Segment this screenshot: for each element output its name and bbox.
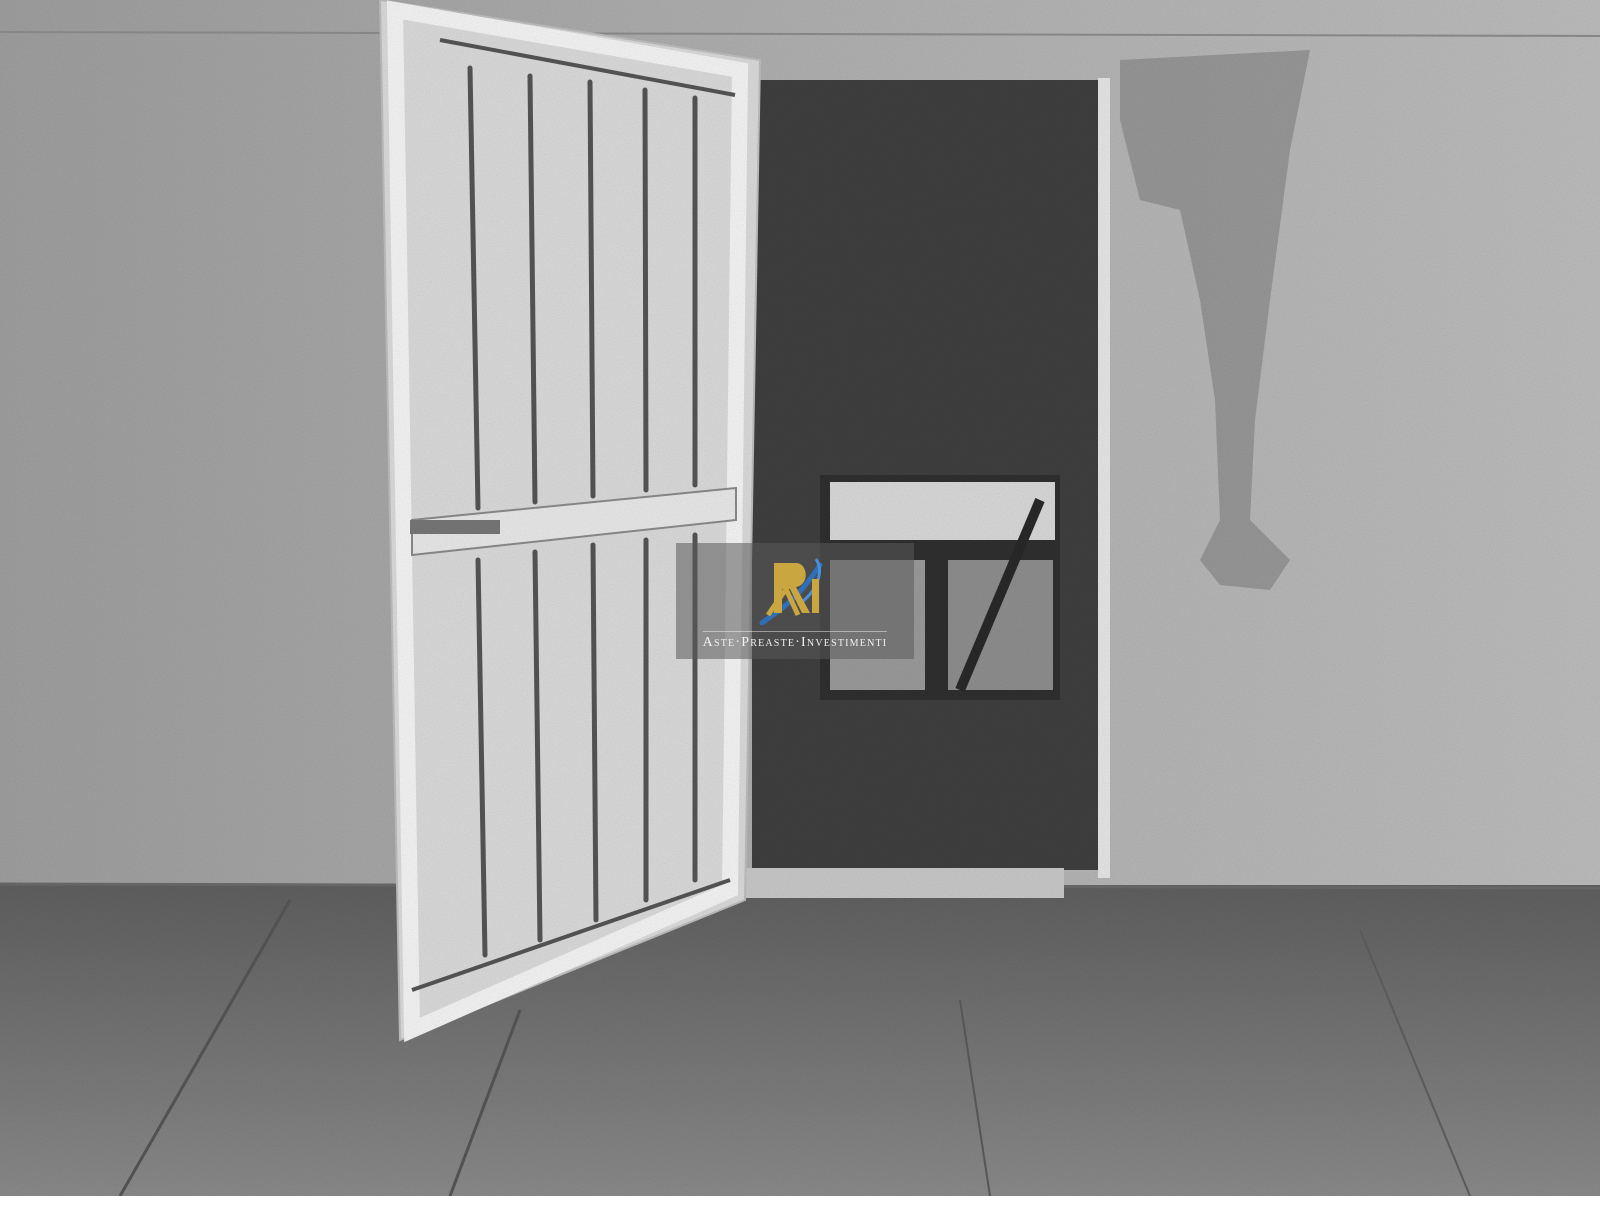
door-latch: [410, 520, 500, 534]
ri-logo-icon: [754, 555, 826, 625]
watermark-text: Aste·Preaste·Investimenti: [703, 631, 888, 651]
threshold: [742, 868, 1064, 898]
watermark: Aste·Preaste·Investimenti: [676, 543, 914, 659]
